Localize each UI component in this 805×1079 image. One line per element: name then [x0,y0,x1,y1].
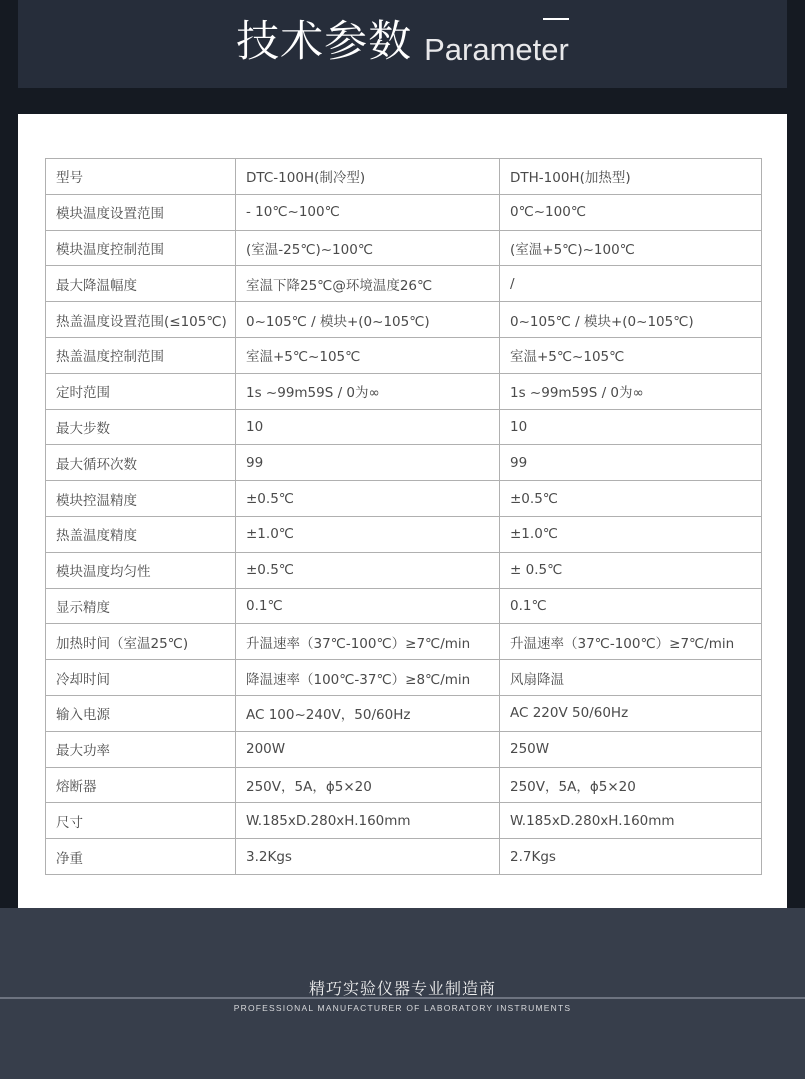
spec-label-cell: 热盖温度设置范围(≤105℃) [46,302,236,338]
spec-label-cell: 定时范围 [46,373,236,409]
dth-value-cell: 2.7Kgs [500,839,762,875]
table-row: 输入电源AC 100~240V，50/60HzAC 220V 50/60Hz [46,695,762,731]
title-english: Parameter [424,34,569,65]
table-row: 热盖温度控制范围室温+5℃~105℃室温+5℃~105℃ [46,337,762,373]
dtc-value-cell: ±1.0℃ [236,516,500,552]
dth-value-cell: 99 [500,445,762,481]
dtc-value-cell: 室温+5℃~105℃ [236,337,500,373]
table-row: 加热时间（室温25℃)升温速率（37℃-100℃）≥7℃/min升温速率（37℃… [46,624,762,660]
dth-value-cell: / [500,266,762,302]
spec-table-body: 型号DTC-100H(制冷型)DTH-100H(加热型)模块温度设置范围- 10… [46,159,762,875]
table-row: 热盖温度精度±1.0℃±1.0℃ [46,516,762,552]
table-row: 模块控温精度±0.5℃±0.5℃ [46,481,762,517]
dtc-value-cell: 250V，5A，ϕ5×20 [236,767,500,803]
table-row: 型号DTC-100H(制冷型)DTH-100H(加热型) [46,159,762,195]
table-row: 热盖温度设置范围(≤105℃)0~105℃ / 模块+(0~105℃)0~105… [46,302,762,338]
table-row: 模块温度设置范围- 10℃~100℃0℃~100℃ [46,194,762,230]
dth-value-cell: W.185xD.280xH.160mm [500,803,762,839]
spec-label-cell: 尺寸 [46,803,236,839]
dth-value-cell: 1s ~99m59S / 0为∞ [500,373,762,409]
title-english-text: Parameter [424,32,569,67]
spec-label-cell: 净重 [46,839,236,875]
spec-label-cell: 熔断器 [46,767,236,803]
table-row: 熔断器250V，5A，ϕ5×20250V，5A，ϕ5×20 [46,767,762,803]
footer-slogan-english: PROFESSIONAL MANUFACTURER OF LABORATORY … [0,1003,805,1013]
dth-value-cell: 风扇降温 [500,660,762,696]
table-row: 模块温度均匀性±0.5℃± 0.5℃ [46,552,762,588]
spec-label-cell: 输入电源 [46,695,236,731]
spec-label-cell: 热盖温度精度 [46,516,236,552]
dtc-value-cell: (室温-25℃)~100℃ [236,230,500,266]
spec-label-cell: 最大步数 [46,409,236,445]
dth-value-cell: 0.1℃ [500,588,762,624]
spec-label-cell: 冷却时间 [46,660,236,696]
dtc-value-cell: AC 100~240V，50/60Hz [236,695,500,731]
dtc-value-cell: 升温速率（37℃-100℃）≥7℃/min [236,624,500,660]
dth-value-cell: (室温+5℃)~100℃ [500,230,762,266]
dtc-value-cell: - 10℃~100℃ [236,194,500,230]
dth-value-cell: 10 [500,409,762,445]
title-accent-dash [543,18,569,20]
table-row: 最大降温幅度室温下降25℃@环境温度26℃/ [46,266,762,302]
dth-value-cell: DTH-100H(加热型) [500,159,762,195]
footer-slogan-chinese: 精巧实验仪器专业制造商 [0,976,805,999]
table-row: 最大步数1010 [46,409,762,445]
dth-value-cell: ± 0.5℃ [500,552,762,588]
dtc-value-cell: 10 [236,409,500,445]
section-title: 技术参数 Parameter [0,0,805,88]
spec-label-cell: 最大循环次数 [46,445,236,481]
spec-label-cell: 最大降温幅度 [46,266,236,302]
spec-label-cell: 最大功率 [46,731,236,767]
table-row: 最大功率200W250W [46,731,762,767]
footer: 精巧实验仪器专业制造商 PROFESSIONAL MANUFACTURER OF… [0,908,805,1079]
dth-value-cell: 0~105℃ / 模块+(0~105℃) [500,302,762,338]
table-row: 定时范围1s ~99m59S / 0为∞1s ~99m59S / 0为∞ [46,373,762,409]
table-row: 净重3.2Kgs2.7Kgs [46,839,762,875]
spec-label-cell: 显示精度 [46,588,236,624]
dtc-value-cell: 200W [236,731,500,767]
spec-label-cell: 模块温度设置范围 [46,194,236,230]
dth-value-cell: 升温速率（37℃-100℃）≥7℃/min [500,624,762,660]
dtc-value-cell: DTC-100H(制冷型) [236,159,500,195]
spec-label-cell: 模块温度控制范围 [46,230,236,266]
spec-table: 型号DTC-100H(制冷型)DTH-100H(加热型)模块温度设置范围- 10… [45,158,762,875]
dth-value-cell: 250V，5A，ϕ5×20 [500,767,762,803]
dth-value-cell: ±1.0℃ [500,516,762,552]
dth-value-cell: 250W [500,731,762,767]
dtc-value-cell: 降温速率（100℃-37℃）≥8℃/min [236,660,500,696]
table-row: 显示精度0.1℃0.1℃ [46,588,762,624]
dth-value-cell: AC 220V 50/60Hz [500,695,762,731]
dth-value-cell: 0℃~100℃ [500,194,762,230]
spec-panel: 型号DTC-100H(制冷型)DTH-100H(加热型)模块温度设置范围- 10… [18,114,787,908]
dtc-value-cell: 0~105℃ / 模块+(0~105℃) [236,302,500,338]
dtc-value-cell: 1s ~99m59S / 0为∞ [236,373,500,409]
title-chinese: 技术参数 [236,21,412,64]
table-row: 模块温度控制范围(室温-25℃)~100℃(室温+5℃)~100℃ [46,230,762,266]
dtc-value-cell: ±0.5℃ [236,481,500,517]
dtc-value-cell: W.185xD.280xH.160mm [236,803,500,839]
spec-label-cell: 型号 [46,159,236,195]
dtc-value-cell: 室温下降25℃@环境温度26℃ [236,266,500,302]
dtc-value-cell: ±0.5℃ [236,552,500,588]
footer-divider [0,997,805,999]
dtc-value-cell: 3.2Kgs [236,839,500,875]
spec-label-cell: 热盖温度控制范围 [46,337,236,373]
spec-label-cell: 模块控温精度 [46,481,236,517]
dth-value-cell: ±0.5℃ [500,481,762,517]
table-row: 冷却时间降温速率（100℃-37℃）≥8℃/min风扇降温 [46,660,762,696]
table-row: 最大循环次数9999 [46,445,762,481]
dtc-value-cell: 0.1℃ [236,588,500,624]
dth-value-cell: 室温+5℃~105℃ [500,337,762,373]
dtc-value-cell: 99 [236,445,500,481]
table-row: 尺寸W.185xD.280xH.160mmW.185xD.280xH.160mm [46,803,762,839]
spec-label-cell: 加热时间（室温25℃) [46,624,236,660]
spec-label-cell: 模块温度均匀性 [46,552,236,588]
